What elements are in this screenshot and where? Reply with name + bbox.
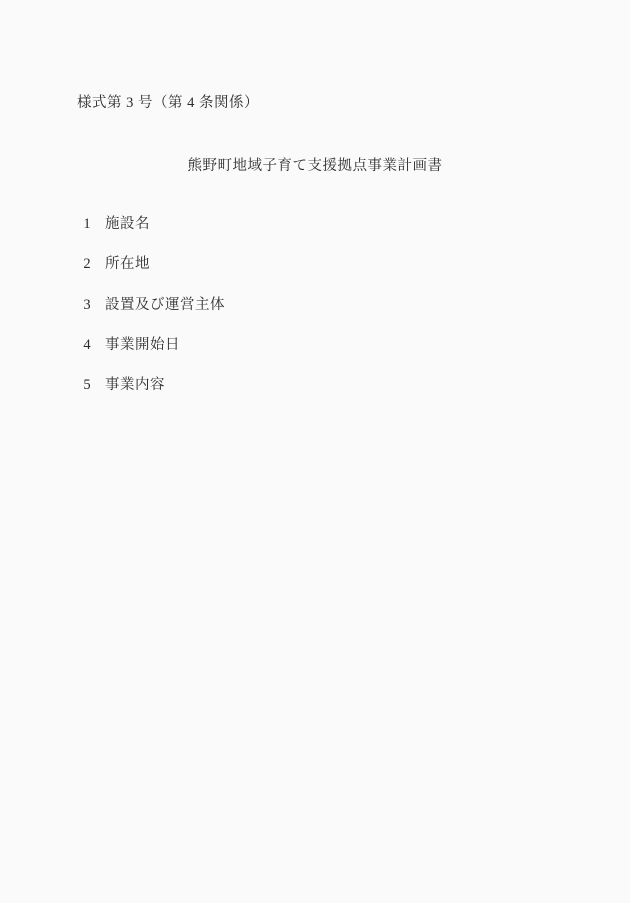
item-number: 5 [82, 376, 92, 394]
list-item: 5 事業内容 [82, 376, 225, 416]
document-title: 熊野町地域子育て支援拠点事業計画書 [0, 157, 630, 175]
list-item: 2 所在地 [82, 255, 225, 295]
document-page: 様式第 3 号（第 4 条関係） 熊野町地域子育て支援拠点事業計画書 1 施設名… [0, 0, 630, 903]
item-number: 3 [82, 296, 92, 314]
document-item-list: 1 施設名 2 所在地 3 設置及び運営主体 4 事業開始日 5 事業内容 [82, 215, 225, 416]
list-item: 1 施設名 [82, 215, 225, 255]
item-label: 施設名 [105, 215, 150, 233]
item-label: 事業開始日 [105, 336, 180, 354]
item-number: 2 [82, 255, 92, 273]
list-item: 3 設置及び運営主体 [82, 296, 225, 336]
item-number: 1 [82, 215, 92, 233]
item-label: 事業内容 [105, 376, 165, 394]
form-number-label: 様式第 3 号（第 4 条関係） [77, 94, 259, 112]
list-item: 4 事業開始日 [82, 336, 225, 376]
item-label: 設置及び運営主体 [105, 296, 225, 314]
item-label: 所在地 [105, 255, 150, 273]
item-number: 4 [82, 336, 92, 354]
